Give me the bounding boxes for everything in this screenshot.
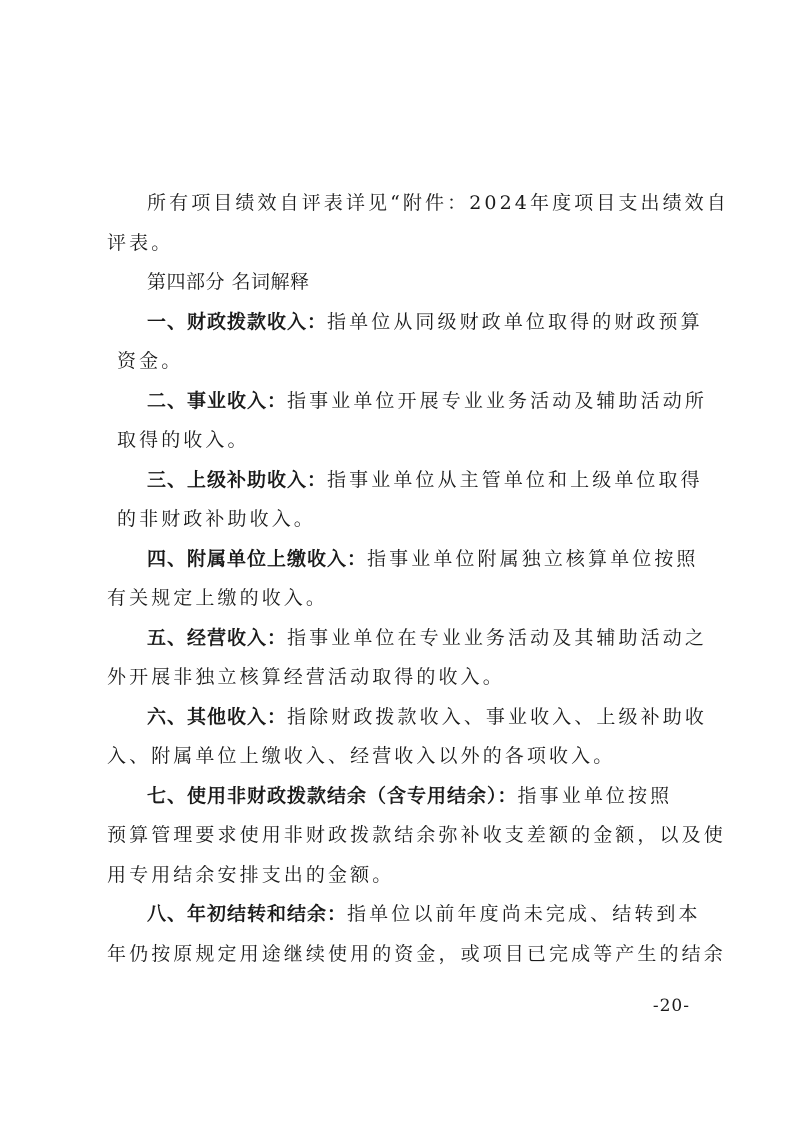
definition-continuation: 入、附属单位上缴收入、经营收入以外的各项收入。 (107, 737, 691, 777)
definition-continuation: 的非财政补助收入。 (107, 500, 691, 540)
definition-term: 七、使用非财政拨款结余（含专用结余）： (147, 785, 518, 807)
intro-paragraph-line-1: 所有项目绩效自评表详见“附件：2024年度项目支出绩效自 (107, 184, 691, 224)
definition-text: 指单位从同级财政单位取得的财政预算 (327, 311, 703, 333)
definition-text: 指除财政拨款收入、事业收入、上级补助收 (287, 706, 707, 728)
intro-paragraph-line-2: 评表。 (107, 224, 691, 264)
definition-term: 三、上级补助收入： (147, 469, 327, 491)
definition-continuation: 用专用结余安排支出的金额。 (107, 856, 691, 896)
definition-item: 八、年初结转和结余：指单位以前年度尚未完成、结转到本 (107, 895, 691, 935)
definition-continuation: 预算管理要求使用非财政拨款结余弥补收支差额的金额，以及使 (107, 816, 691, 856)
definition-item: 五、经营收入：指事业单位在专业业务活动及其辅助活动之 (107, 619, 691, 659)
definition-term: 四、附属单位上缴收入： (147, 548, 367, 570)
definition-term: 二、事业收入： (147, 390, 287, 412)
definition-term: 一、财政拨款收入： (147, 311, 327, 333)
definition-continuation: 资金。 (107, 342, 691, 382)
definition-text: 指事业单位按照 (518, 785, 673, 807)
definition-item: 四、附属单位上缴收入：指事业单位附属独立核算单位按照 (107, 540, 691, 580)
page-number: -20- (653, 996, 690, 1016)
definition-item: 二、事业收入：指事业单位开展专业业务活动及辅助活动所 (107, 382, 691, 422)
definition-item: 一、财政拨款收入：指单位从同级财政单位取得的财政预算 (107, 303, 691, 343)
definition-item: 六、其他收入：指除财政拨款收入、事业收入、上级补助收 (107, 698, 691, 738)
definition-item: 七、使用非财政拨款结余（含专用结余）：指事业单位按照 (107, 777, 691, 817)
definition-text: 指事业单位从主管单位和上级单位取得 (327, 469, 703, 491)
definition-text: 指事业单位开展专业业务活动及辅助活动所 (287, 390, 707, 412)
definition-continuation: 外开展非独立核算经营活动取得的收入。 (107, 658, 691, 698)
definition-continuation: 年仍按原规定用途继续使用的资金，或项目已完成等产生的结余 (107, 935, 691, 975)
definition-continuation: 有关规定上缴的收入。 (107, 579, 691, 619)
document-page: 所有项目绩效自评表详见“附件：2024年度项目支出绩效自 评表。 第四部分 名词… (107, 184, 691, 974)
definition-item: 三、上级补助收入：指事业单位从主管单位和上级单位取得 (107, 461, 691, 501)
definition-text: 指单位以前年度尚未完成、结转到本 (347, 903, 701, 925)
section-heading: 第四部分 名词解释 (107, 263, 691, 303)
definition-term: 六、其他收入： (147, 706, 287, 728)
definition-text: 指事业单位附属独立核算单位按照 (367, 548, 699, 570)
definition-term: 八、年初结转和结余： (147, 903, 347, 925)
definition-continuation: 取得的收入。 (107, 421, 691, 461)
definition-text: 指事业单位在专业业务活动及其辅助活动之 (287, 627, 707, 649)
definition-term: 五、经营收入： (147, 627, 287, 649)
